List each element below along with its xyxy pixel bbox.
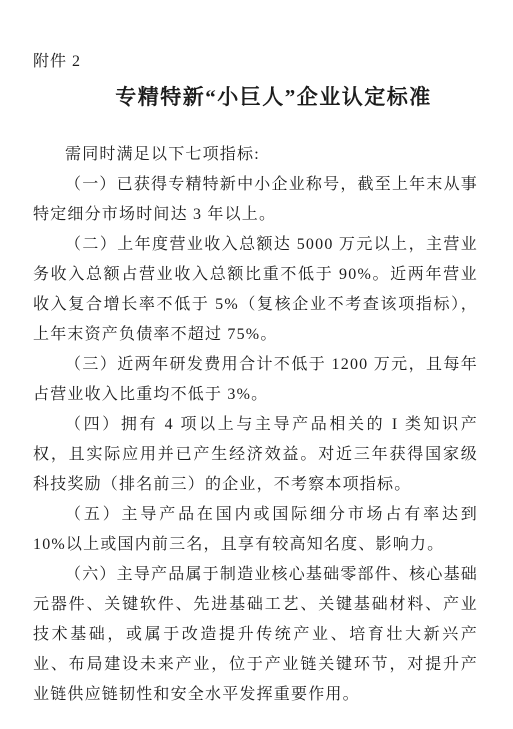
document-content: 附件 2 专精特新“小巨人”企业认定标准 需同时满足以下七项指标: （一）已获得… [33,0,478,710]
document-body: 需同时满足以下七项指标: （一）已获得专精特新中小企业称号，截至上年末从事特定细… [33,140,478,710]
intro-line: 需同时满足以下七项指标: [33,140,478,170]
indicator-paragraphs: （一）已获得专精特新中小企业称号，截至上年末从事特定细分市场时间达 3 年以上。… [33,170,478,710]
document-title: 专精特新“小巨人”企业认定标准 [51,85,496,109]
document-page: 附件 2 专精特新“小巨人”企业认定标准 需同时满足以下七项指标: （一）已获得… [0,0,513,729]
body-paragraph: （五）主导产品在国内或国际细分市场占有率达到 10%以上或国内前三名，且享有较高… [33,500,478,560]
body-paragraph: （六）主导产品属于制造业核心基础零部件、核心基础元器件、关键软件、先进基础工艺、… [33,560,478,710]
body-paragraph: （一）已获得专精特新中小企业称号，截至上年末从事特定细分市场时间达 3 年以上。 [33,170,478,230]
body-paragraph: （三）近两年研发费用合计不低于 1200 万元，且每年占营业收入比重均不低于 3… [33,350,478,410]
attachment-label: 附件 2 [33,52,478,72]
body-paragraph: （二）上年度营业收入总额达 5000 万元以上，主营业务收入总额占营业收入总额比… [33,230,478,350]
body-paragraph: （四）拥有 4 项以上与主导产品相关的 I 类知识产权，且实际应用并已产生经济效… [33,410,478,500]
